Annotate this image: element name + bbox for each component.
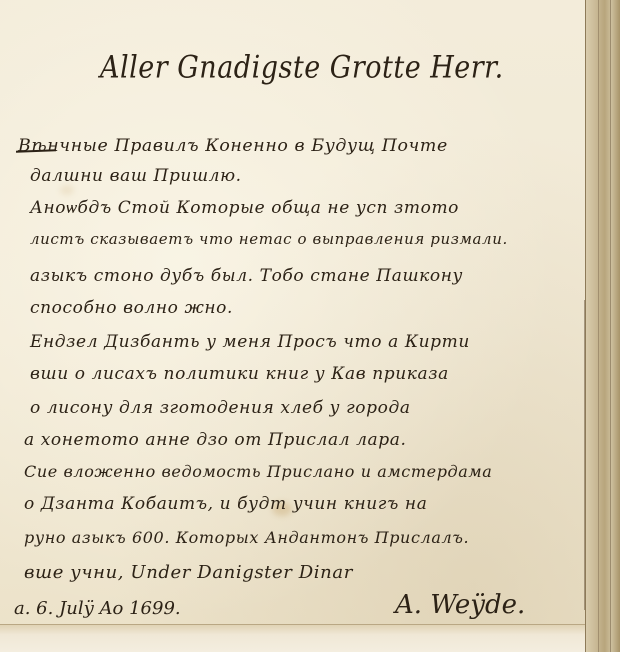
text-line-1: Вѣнчные Правилъ Коненно в Будущ Почте xyxy=(18,136,448,156)
text-line-2: далшни ваш Пришлю. xyxy=(30,166,242,186)
text-line-10: а хонетото анне дзо от Прислал лара. xyxy=(24,430,407,450)
paper-stain xyxy=(60,185,74,195)
book-binding xyxy=(585,0,620,652)
text-line-6: способно волно жно. xyxy=(30,298,233,318)
text-line-13: руно азыкъ 600. Которых Андантонъ Присла… xyxy=(24,528,469,547)
page-bottom-edge xyxy=(0,624,585,652)
manuscript-page: Aller Gnadigste Grotte Herr. Вѣнчные Пра… xyxy=(0,0,592,652)
letter-heading: Aller Gnadigste Grotte Herr. xyxy=(100,50,504,86)
text-line-5: азыкъ стоно дубъ был. Тобо стане Пашкону xyxy=(30,266,463,286)
text-line-9: о лисону для зготодения хлеб у города xyxy=(30,398,411,418)
letter-date: a. 6. Julÿ Ao 1699. xyxy=(14,598,181,619)
text-line-3: Аноѡбдъ Стой Которые обща не усп зтото xyxy=(30,198,459,218)
text-line-12: о Дзанта Кобаитъ, и будт учин книгъ на xyxy=(24,494,427,514)
text-line-14: вше учни, Under Danigster Dinar xyxy=(24,562,353,583)
text-line-8: вши о лисахъ политики книг у Кав приказа xyxy=(30,364,449,384)
text-line-4: листъ сказываетъ что нетас о выправления… xyxy=(30,230,508,248)
signature: A. Weÿde. xyxy=(395,590,525,620)
text-line-11: Сие вложенно ведомость Прислано и амстер… xyxy=(24,462,492,481)
text-line-7: Ендзел Дизбанть у меня Просъ что а Кирти xyxy=(30,332,470,352)
